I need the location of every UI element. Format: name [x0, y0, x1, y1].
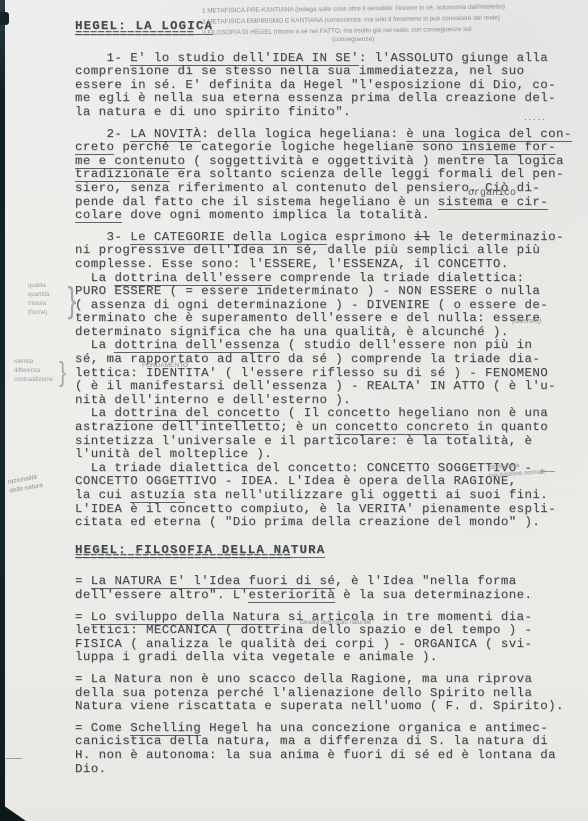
- typed-segment: comprende la triade dialettica:: [272, 271, 524, 285]
- typed-line: luppa i gradi della vita vegetale e anim…: [75, 651, 570, 665]
- typed-segment: H. non è autonoma: la sua anima è fuori …: [75, 748, 556, 762]
- typed-segment: : l'ASSOLUTO giunge alla: [359, 51, 548, 65]
- typed-line: ( assenza di ogni determinazione ) - DIV…: [75, 299, 570, 313]
- typed-line: la natura e di uno spirito finito".: [75, 106, 570, 120]
- typed-line: = La Natura non è uno scacco della Ragio…: [75, 673, 570, 687]
- typed-line: 3- Le CATEGORIE della Logica esprimono i…: [75, 231, 570, 245]
- pencil-dash: [6, 758, 22, 759]
- typed-segment: 1-: [75, 51, 130, 65]
- typed-line: comprensione di se stesso nella sua imme…: [75, 65, 570, 79]
- typed-segment: terminato che è superamento dell'essere …: [75, 311, 540, 325]
- scan-edge-left: [0, 0, 5, 821]
- typed-line: sintetizza l'universale e il particolare…: [75, 435, 570, 449]
- typed-line: PURO ESSERE ( = essere indeterminato ) -…: [75, 285, 570, 299]
- handwritten-interlinear-note: FONDAMENTO: [142, 362, 188, 369]
- handwritten-line: differenza: [14, 367, 53, 376]
- typed-segment: creto: [75, 140, 114, 155]
- typed-segment: La: [75, 338, 114, 352]
- typed-text-area: HEGEL: LA LOGICA================ 1- E' l…: [75, 20, 570, 784]
- typed-segment: citata ed eterna ( "Dio prima della crea…: [75, 515, 540, 529]
- typed-line: Natura viene riscattata e superata nell'…: [75, 700, 570, 714]
- typed-line: l'unità del molteplice ).: [75, 448, 570, 462]
- typed-segment: = Come: [75, 721, 130, 735]
- typed-segment: colare: [75, 208, 122, 223]
- paragraph: = La NATURA E' l'Idea fuori di sé, è l'I…: [75, 575, 570, 602]
- typed-line: me e contenuto ( soggettività e oggettiv…: [75, 155, 570, 169]
- scan-edge-smudge: [0, 12, 9, 25]
- handwritten-line: contraddizione: [14, 376, 53, 385]
- paragraph: = La Natura non è uno scacco della Ragio…: [75, 673, 570, 714]
- typed-line: ( è il manifestarsi dell'essenza ) - REA…: [75, 380, 570, 394]
- typed-segment: 3-: [75, 230, 130, 244]
- handwritten-line: qualità: [28, 282, 49, 291]
- typed-line: FISICA ( analizza le qualità dei corpi )…: [75, 638, 570, 652]
- typed-dot-leader: ·····: [524, 114, 547, 124]
- typed-segment: =: [75, 610, 91, 624]
- typed-segment: dove ogni momento implica la totalità.: [122, 208, 430, 222]
- typed-segment: 2-: [75, 127, 130, 141]
- paragraph: 2- LA NOVITÀ: della logica hegeliana: è …: [75, 128, 570, 223]
- typed-segment: ( è il manifestarsi dell'essenza ) - REA…: [75, 379, 556, 393]
- typed-line: 1- E' lo studio dell'IDEA IN SE': l'ASSO…: [75, 52, 570, 66]
- typed-segment: il: [414, 230, 430, 244]
- typed-segment: era soltanto scienza delle leggi formali…: [170, 167, 564, 181]
- typed-segment: ( studio dell'essere non più in: [280, 338, 532, 352]
- paragraph: = Lo sviluppo della Natura si articola i…: [75, 611, 570, 665]
- typed-line: terminato che è superamento dell'essere …: [75, 312, 570, 326]
- typed-line: essere in sé. E' definita da Hegel "l'es…: [75, 79, 570, 93]
- typed-segment: sintetizza l'universale e il particolare…: [75, 434, 532, 448]
- typed-line: canicistica della natura, ma a differenz…: [75, 735, 570, 749]
- typed-segment: ( soggettività e oggettività ) mentre la…: [185, 154, 564, 168]
- typed-segment: le determinazio-: [430, 230, 564, 244]
- typed-segment: Dio.: [75, 762, 107, 776]
- typed-segment: = La Natura non è uno scacco della Ragio…: [75, 672, 532, 686]
- handwritten-margin-note-being: qualità quantità misura (forme): [28, 282, 49, 318]
- paragraph: 1- E' lo studio dell'IDEA IN SE': l'ASSO…: [75, 52, 570, 120]
- typed-segment: nità dell'interno e dell'esterno ).: [75, 393, 351, 407]
- typed-segment: perché le categorie logiche hegeliane so…: [114, 140, 461, 154]
- typed-segment: me egli è nella sua eterna essenza prima…: [75, 91, 556, 105]
- scan-corner-smudge: [0, 803, 26, 821]
- typed-segment: Hegel ha una concezione organica e antim…: [201, 721, 548, 735]
- typed-segment: luppa i gradi della vita vegetale e anim…: [75, 650, 438, 664]
- paragraph: 3- Le CATEGORIE della Logica esprimono i…: [75, 231, 570, 530]
- typed-line: La dottrina dell'essenza ( studio dell'e…: [75, 339, 570, 353]
- handwritten-line: quantità: [28, 291, 49, 300]
- typed-line: complesse. Esse sono: l'ESSERE, l'ESSENZ…: [75, 258, 570, 272]
- handwritten-line: misura: [28, 300, 49, 309]
- typed-line: La dottrina dell'essere comprende la tri…: [75, 272, 570, 286]
- typed-line: 2- LA NOVITÀ: della logica hegeliana: è …: [75, 128, 570, 142]
- handwritten-interlinear-note: idealità dello stato naturale: [300, 620, 371, 626]
- typed-segment: astrazione dell'intelletto; è un: [75, 420, 335, 434]
- handwritten-brace: }: [59, 356, 66, 388]
- typed-segment: PURO ESSERE ( = essere indeterminato ) -…: [75, 284, 540, 298]
- typed-segment: =: [75, 574, 91, 588]
- typed-segment: La: [75, 271, 114, 285]
- typed-segment: CONCETTO OGGETTIVO - IDEA. L'Idea è oper…: [75, 474, 517, 488]
- typed-segment: dell'essere altro". L': [75, 588, 248, 602]
- typed-line: nità dell'interno e dell'esterno ).: [75, 394, 570, 408]
- typed-line: la cui astuzia sta nell'utilizzare gli o…: [75, 489, 570, 503]
- handwritten-interlinear-note: (divenire): [512, 318, 541, 325]
- typed-segment: l'unità del molteplice ).: [75, 447, 272, 461]
- typed-line: colare dove ogni momento implica la tota…: [75, 209, 570, 223]
- typed-segment: pende dal fatto che il sistema hegeliano…: [75, 195, 438, 209]
- typed-segment: sta nell'utilizzare gli oggetti ai suoi …: [185, 488, 548, 502]
- typed-segment: complesse. Esse sono: l'ESSERE, l'ESSENZ…: [75, 257, 509, 271]
- typed-segment: ni progressive dell'Idea in sé, dalle pi…: [75, 243, 540, 257]
- typed-segment: : della logica hegeliana:: [201, 127, 406, 141]
- scanned-typewritten-page: { "colors":{"paper":"#edeeea","ink":"#43…: [0, 0, 588, 821]
- typed-segment: determinato significa che ha una qualità…: [75, 325, 509, 339]
- handwritten-margin-note-essence: identità differenza contraddizione: [14, 358, 53, 385]
- typed-segment: in quanto: [469, 420, 548, 434]
- typed-segment: canicistica della natura, ma a differenz…: [75, 734, 548, 748]
- typed-segment: comprensione di se stesso nella sua imme…: [75, 64, 524, 78]
- typed-segment: la cui: [75, 488, 130, 502]
- typed-line: Dio.: [75, 763, 570, 777]
- typed-line: = La NATURA E' l'Idea fuori di sé, è l'I…: [75, 575, 570, 589]
- typed-segment: della sua potenza perché l'alienazione d…: [75, 686, 532, 700]
- typed-line: determinato significa che ha una qualità…: [75, 326, 570, 340]
- section: HEGEL: FILOSOFIA DELLA NATURA===========…: [75, 544, 570, 564]
- typed-segment: esprimono: [327, 230, 414, 244]
- typed-segment: esteriorità: [248, 588, 335, 603]
- handwritten-line: identità: [14, 358, 53, 367]
- typed-segment: , è l'Idea "nella forma: [335, 574, 516, 588]
- typed-segment: essere in sé. E' definita da Hegel "l'es…: [75, 78, 556, 92]
- typed-line: creto perché le categorie logiche hegeli…: [75, 141, 570, 155]
- typed-line: tradizionale era soltanto scienza delle …: [75, 168, 570, 182]
- handwritten-line: (forme): [28, 309, 49, 318]
- typed-line: = Come Schelling Hegel ha una concezione…: [75, 722, 570, 736]
- handwritten-note-top: 1 METAFISICA PRE-KANTIANA (indaga sulle …: [202, 0, 586, 38]
- typed-segment: ( assenza di ogni determinazione ) - DIV…: [75, 298, 548, 312]
- typed-segment: è la sua determinazione.: [335, 588, 532, 602]
- typed-line: L'IDEA è il concetto compiuto, è la VERI…: [75, 503, 570, 517]
- paragraph: = Come Schelling Hegel ha una concezione…: [75, 722, 570, 776]
- typed-line: dell'essere altro". L'esteriorità è la s…: [75, 589, 570, 603]
- typed-segment: ( Il concetto hegeliano non è una: [280, 406, 548, 420]
- typed-segment: La triade dialettica del concetto: CONCE…: [75, 461, 532, 475]
- typed-insertion-organico: organico: [468, 188, 516, 199]
- typed-line: La dottrina del concetto ( Il concetto h…: [75, 407, 570, 421]
- handwritten-note-tail: (conseguenze): [332, 36, 374, 43]
- typed-line: me egli è nella sua eterna essenza prima…: [75, 92, 570, 106]
- handwritten-brace: }: [68, 279, 77, 321]
- typed-segment: Natura viene riscattata e superata nell'…: [75, 699, 564, 713]
- typed-segment: la natura e di uno spirito finito".: [75, 105, 351, 119]
- pencil-arrow-icon: ⟵: [540, 465, 556, 478]
- typed-segment: FISICA ( analizza le qualità dei corpi )…: [75, 637, 532, 651]
- typed-segment: L'IDEA è il concetto compiuto, è la VERI…: [75, 502, 556, 516]
- typed-line: astrazione dell'intelletto; è un concett…: [75, 421, 570, 435]
- typed-line: della sua potenza perché l'alienazione d…: [75, 687, 570, 701]
- typed-segment: La: [75, 406, 114, 420]
- typed-line: lettici: MECCANICA ( dottrina dello spaz…: [75, 624, 570, 638]
- typed-line: H. non è autonoma: la sua anima è fuori …: [75, 749, 570, 763]
- typed-line: citata ed eterna ( "Dio prima della crea…: [75, 516, 570, 530]
- typed-line: ni progressive dell'Idea in sé, dalle pi…: [75, 244, 570, 258]
